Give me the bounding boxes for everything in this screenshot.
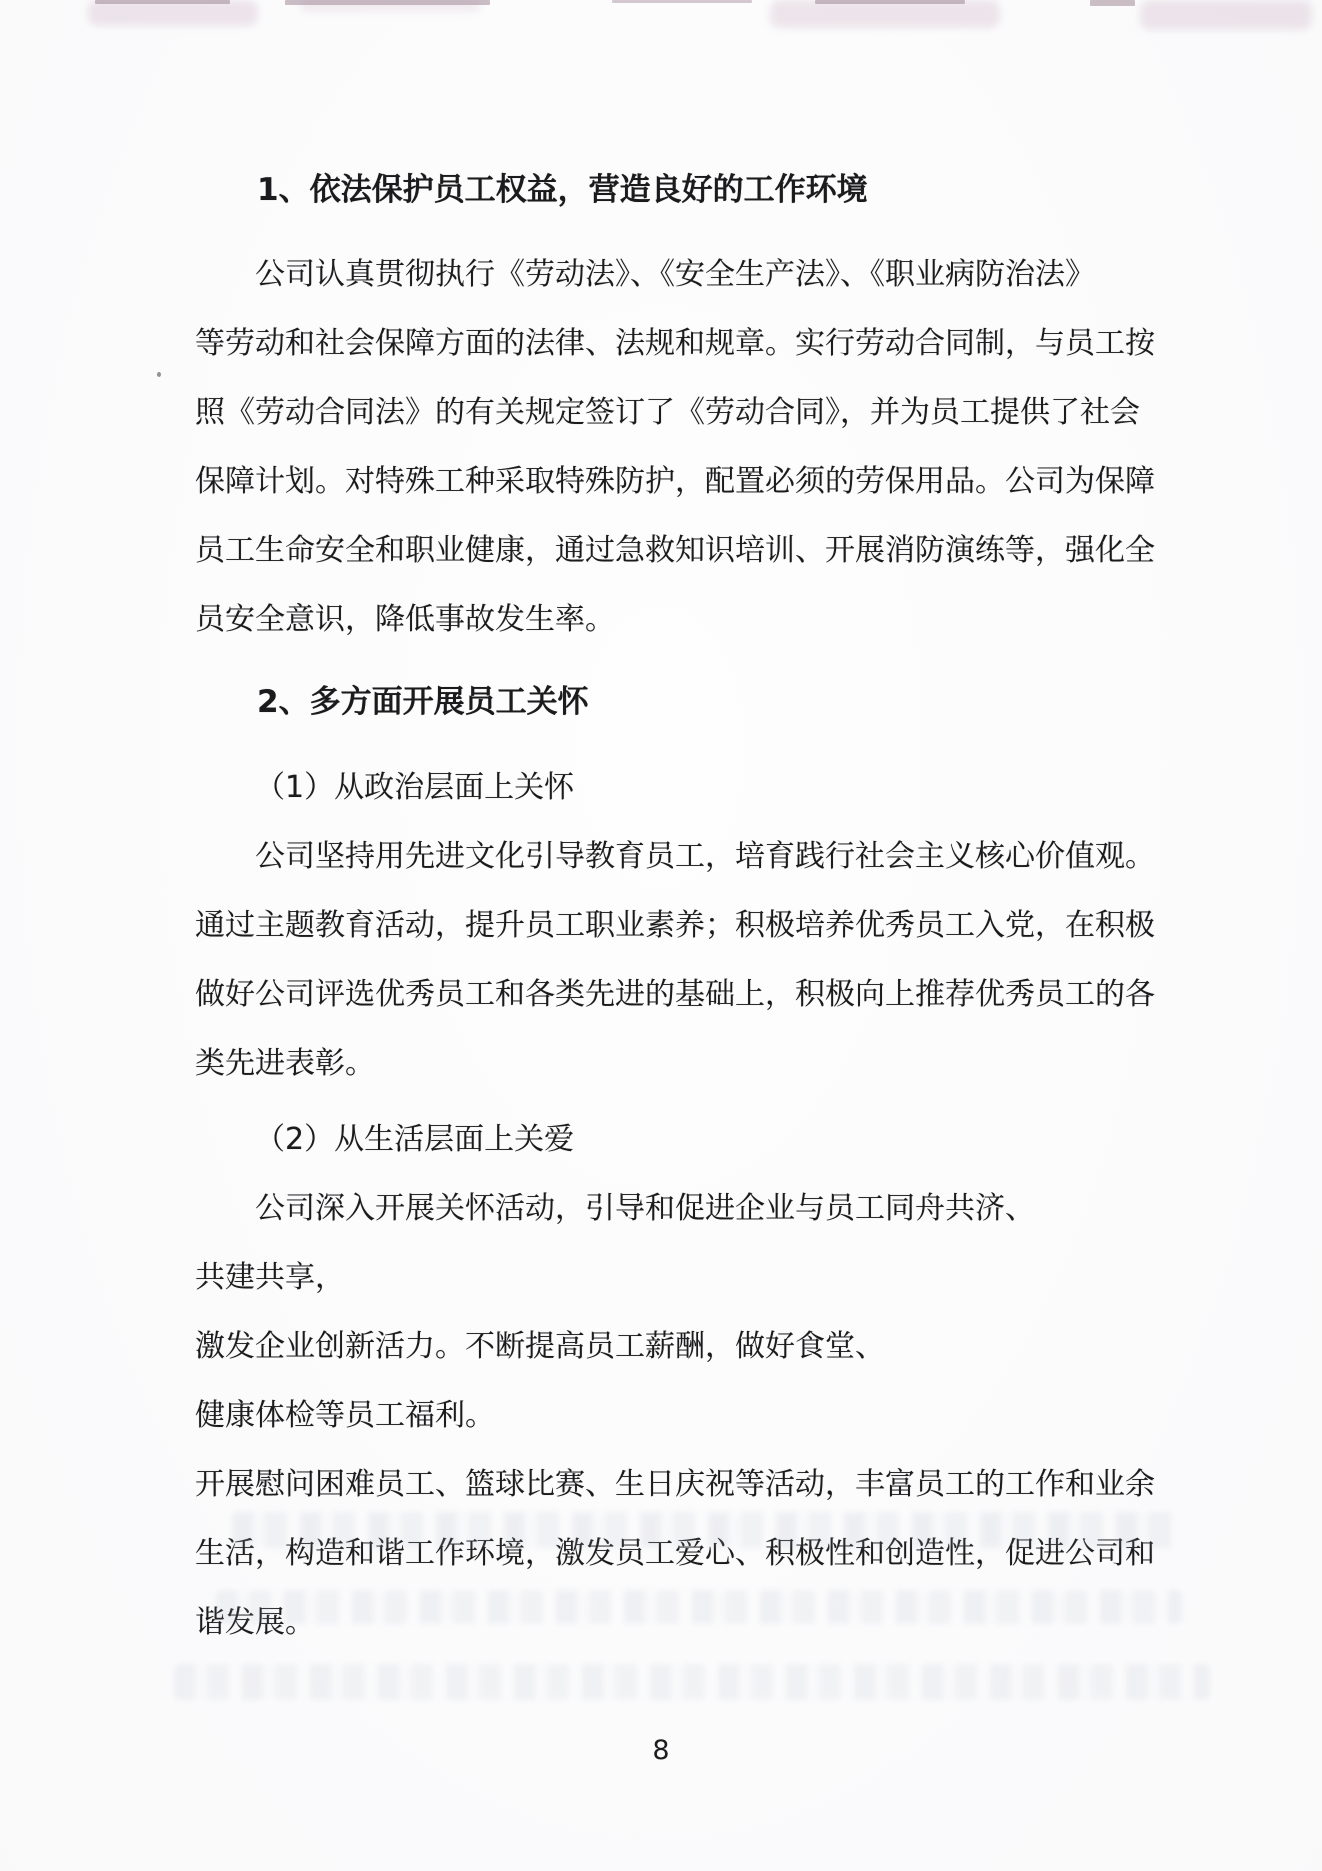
scan-speck [157,372,161,377]
subsection-1-paragraph: 公司坚持用先进文化引导教育员工，培育践行社会主义核心价值观。 通过主题教育活动，… [195,822,1157,1098]
subsection-1-heading: （1）从政治层面上关怀 [195,753,1157,822]
scan-mottle [300,0,480,12]
scan-cutoff-mark [95,0,230,4]
subsection-2-paragraph: 公司深入开展关怀活动，引导和促进企业与员工同舟共济、共建共享， 激发企业创新活力… [195,1174,1157,1657]
document-body: 1、依法保护员工权益，营造良好的工作环境 公司认真贯彻执行《劳动法》、《安全生产… [195,156,1157,1657]
scan-artifact-strip [0,0,1322,34]
scan-cutoff-mark [285,0,490,5]
scan-cutoff-mark [1090,0,1135,6]
subsection-2-heading: （2）从生活层面上关爱 [195,1105,1157,1174]
scan-cutoff-mark [815,0,965,4]
scan-cutoff-mark [612,0,752,3]
section-1-heading: 1、依法保护员工权益，营造良好的工作环境 [195,156,1157,225]
section-2-heading: 2、多方面开展员工关怀 [195,668,1157,737]
section-1-paragraph: 公司认真贯彻执行《劳动法》、《安全生产法》、《职业病防治法》 等劳动和社会保障方… [195,240,1157,654]
bleed-through-line [174,1664,1210,1700]
document-page: 1、依法保护员工权益，营造良好的工作环境 公司认真贯彻执行《劳动法》、《安全生产… [0,0,1322,1871]
scan-mottle [1140,0,1312,30]
page-number: 8 [0,1735,1322,1767]
scan-mottle [770,0,1000,28]
scan-mottle [88,0,258,26]
